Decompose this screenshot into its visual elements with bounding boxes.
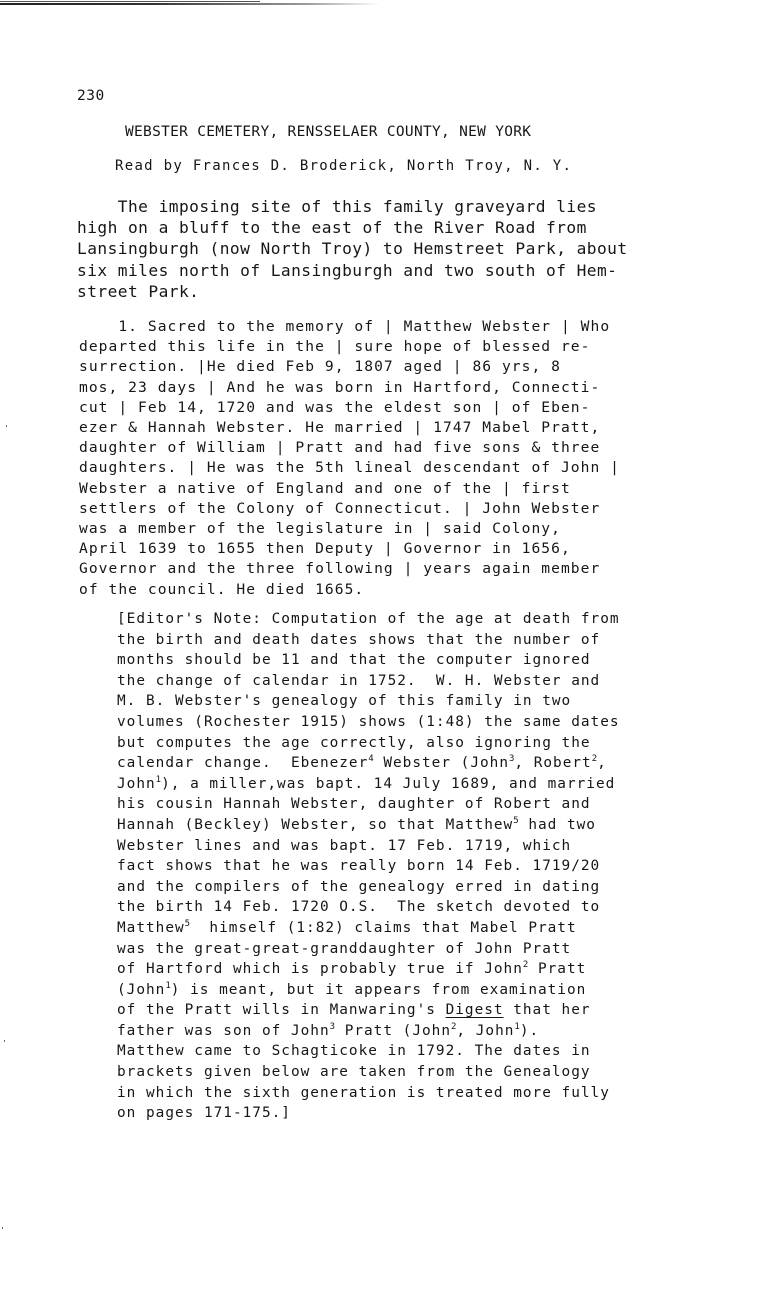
- note-line: of Hartford which is probably true if Jo…: [117, 959, 757, 980]
- inscription-line: was a member of the legislature in | sai…: [79, 519, 759, 539]
- note-line: calendar change. Ebenezer4 Webster (John…: [117, 753, 757, 774]
- generation-superscript: 1: [156, 775, 161, 785]
- generation-superscript: 1: [165, 981, 170, 991]
- note-line: Hannah (Beckley) Webster, so that Matthe…: [117, 815, 757, 836]
- note-line: M. B. Webster's genealogy of this family…: [117, 691, 757, 712]
- inscription-line: of the council. He died 1665.: [79, 580, 759, 600]
- note-line: months should be 11 and that the compute…: [117, 650, 757, 671]
- generation-superscript: 4: [368, 754, 373, 764]
- note-line: volumes (Rochester 1915) shows (1:48) th…: [117, 712, 757, 733]
- note-line: (John1) is meant, but it appears from ex…: [117, 980, 757, 1001]
- page-title: WEBSTER CEMETERY, RENSSELAER COUNTY, NEW…: [125, 124, 531, 140]
- scan-speck: [2, 1227, 3, 1229]
- generation-superscript: 2: [451, 1022, 456, 1032]
- note-line: but computes the age correctly, also ign…: [117, 733, 757, 754]
- intro-paragraph: The imposing site of this family graveya…: [77, 196, 757, 302]
- byline: Read by Frances D. Broderick, North Troy…: [115, 158, 572, 174]
- inscription-line: surrection. |He died Feb 9, 1807 aged | …: [79, 357, 759, 377]
- note-line: Webster lines and was bapt. 17 Feb. 1719…: [117, 836, 757, 857]
- generation-superscript: 3: [330, 1022, 335, 1032]
- underlined-title: Digest: [446, 1002, 504, 1018]
- generation-superscript: 5: [513, 816, 518, 826]
- inscription-entry-1: 1. Sacred to the memory of | Matthew Web…: [79, 317, 759, 600]
- inscription-line: April 1639 to 1655 then Deputy | Governo…: [79, 539, 759, 559]
- inscription-line: settlers of the Colony of Connecticut. |…: [79, 499, 759, 519]
- inscription-line: daughters. | He was the 5th lineal desce…: [79, 458, 759, 478]
- scan-speck: [6, 425, 7, 427]
- intro-line: The imposing site of this family graveya…: [77, 196, 757, 217]
- inscription-line: cut | Feb 14, 1720 and was the eldest so…: [79, 398, 759, 418]
- note-line: and the compilers of the genealogy erred…: [117, 877, 757, 898]
- note-line: [Editor's Note: Computation of the age a…: [117, 609, 757, 630]
- generation-superscript: 1: [514, 1022, 519, 1032]
- note-line: his cousin Hannah Webster, daughter of R…: [117, 794, 757, 815]
- scan-edge-line: [0, 3, 380, 5]
- scan-edge-line: [0, 1, 260, 2]
- inscription-line: mos, 23 days | And he was born in Hartfo…: [79, 378, 759, 398]
- note-line: was the great-great-granddaughter of Joh…: [117, 939, 757, 960]
- generation-superscript: 5: [185, 919, 190, 929]
- note-line: on pages 171-175.]: [117, 1103, 757, 1124]
- note-line: in which the sixth generation is treated…: [117, 1083, 757, 1104]
- generation-superscript: 2: [592, 754, 597, 764]
- page-number: 230: [77, 88, 105, 104]
- intro-line: Lansingburgh (now North Troy) to Hemstre…: [77, 238, 757, 259]
- note-line: the birth and death dates shows that the…: [117, 630, 757, 651]
- generation-superscript: 2: [523, 960, 528, 970]
- inscription-line: departed this life in the | sure hope of…: [79, 337, 759, 357]
- inscription-line: ezer & Hannah Webster. He married | 1747…: [79, 418, 759, 438]
- scan-speck: [4, 1040, 5, 1042]
- note-line: Matthew came to Schagticoke in 1792. The…: [117, 1041, 757, 1062]
- intro-line: street Park.: [77, 281, 757, 302]
- intro-line: six miles north of Lansingburgh and two …: [77, 260, 757, 281]
- note-line: father was son of John3 Pratt (John2, Jo…: [117, 1021, 757, 1042]
- inscription-line: Governor and the three following | years…: [79, 559, 759, 579]
- inscription-line: daughter of William | Pratt and had five…: [79, 438, 759, 458]
- note-line: the change of calendar in 1752. W. H. We…: [117, 671, 757, 692]
- note-line: of the Pratt wills in Manwaring's Digest…: [117, 1000, 757, 1021]
- note-line: the birth 14 Feb. 1720 O.S. The sketch d…: [117, 897, 757, 918]
- intro-line: high on a bluff to the east of the River…: [77, 217, 757, 238]
- generation-superscript: 3: [509, 754, 514, 764]
- inscription-line: 1. Sacred to the memory of | Matthew Web…: [79, 317, 759, 337]
- editors-note: [Editor's Note: Computation of the age a…: [117, 609, 757, 1124]
- note-line: fact shows that he was really born 14 Fe…: [117, 856, 757, 877]
- inscription-line: Webster a native of England and one of t…: [79, 479, 759, 499]
- note-line: John1), a miller,was bapt. 14 July 1689,…: [117, 774, 757, 795]
- note-line: Matthew5 himself (1:82) claims that Mabe…: [117, 918, 757, 939]
- note-line: brackets given below are taken from the …: [117, 1062, 757, 1083]
